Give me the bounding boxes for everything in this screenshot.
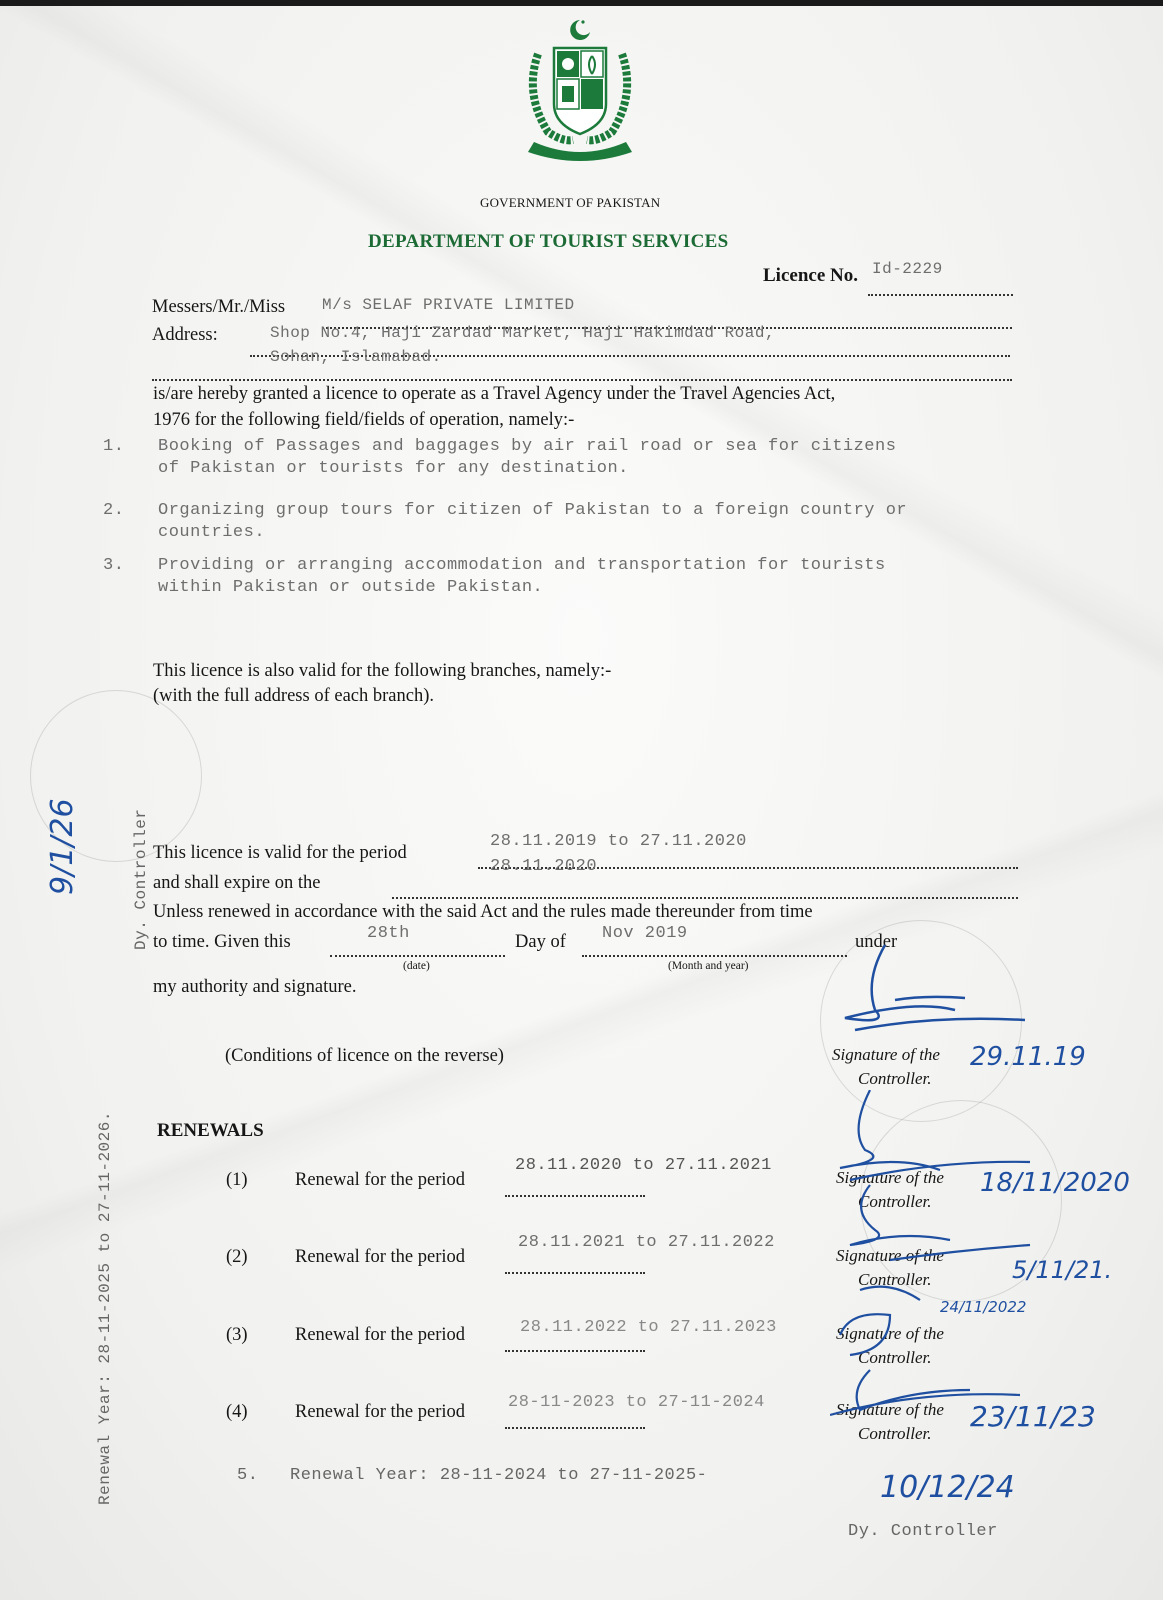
given-day: 28th [367, 924, 410, 943]
renewal-dots [505, 1339, 645, 1357]
month-year-caption: (Month and year) [668, 960, 748, 972]
validity-label: This licence is valid for the period [153, 843, 407, 864]
renewal-period: 28-11-2023 to 27-11-2024 [508, 1393, 765, 1412]
department-title: DEPARTMENT OF TOURIST SERVICES [368, 231, 729, 253]
scan-edge [0, 0, 1163, 6]
controller-sig-label-2: Controller. [858, 1069, 932, 1089]
field-text: within Pakistan or outside Pakistan. [158, 578, 543, 597]
branches-text-line-2: (with the full address of each branch). [153, 686, 434, 707]
grant-text-line-1: is/are hereby granted a licence to opera… [153, 384, 835, 405]
licence-number-value: Id-2229 [872, 260, 943, 278]
renewal-dots [505, 1416, 645, 1434]
renewal-signatures-icon [830, 1090, 1050, 1470]
renewal-number: (2) [226, 1247, 248, 1268]
conditions-note: (Conditions of licence on the reverse) [225, 1046, 504, 1067]
field-text: Providing or arranging accommodation and… [158, 556, 886, 575]
field-text: Booking of Passages and baggages by air … [158, 437, 896, 456]
validity-period: 28.11.2019 to 27.11.2020 [490, 832, 747, 851]
grant-text-line-2: 1976 for the following field/fields of o… [153, 410, 574, 431]
address-line-1: Shop No.4, Haji Zardad Market, Haji Haki… [270, 324, 775, 342]
renewal-5-signatory: Dy. Controller [848, 1522, 998, 1541]
field-number: 1. [103, 437, 124, 456]
renewals-title: RENEWALS [157, 1120, 264, 1142]
controller-handwritten-date: 29.11.19 [970, 1042, 1086, 1072]
renewal-period: 28.11.2020 to 27.11.2021 [515, 1156, 772, 1175]
margin-signatory: Dy. Controller [132, 809, 150, 950]
licence-number-dots [868, 283, 1013, 301]
expire-date: 28.11.2020 [490, 857, 597, 876]
field-number: 3. [103, 556, 124, 575]
renewal-dots [505, 1184, 645, 1202]
given-month-year: Nov 2019 [602, 924, 688, 943]
renew-clause: Unless renewed in accordance with the sa… [153, 902, 813, 923]
name-label: Messers/Mr./Miss [152, 297, 285, 318]
field-text: of Pakistan or tourists for any destinat… [158, 459, 629, 478]
renewal-5-handwritten-date: 10/12/24 [880, 1470, 1015, 1505]
field-text: Organizing group tours for citizen of Pa… [158, 501, 907, 520]
renewal-label: Renewal for the period [295, 1170, 465, 1191]
government-heading: GOVERNMENT OF PAKISTAN [480, 195, 660, 211]
renewal-number: (4) [226, 1402, 248, 1423]
given-prefix: to time. Given this [153, 932, 291, 953]
renewal-dots [505, 1261, 645, 1279]
day-of-label: Day of [515, 932, 566, 953]
renewal-5-number: 5. [237, 1466, 258, 1485]
address-line-2: Sohan, Islamabad. [270, 348, 442, 366]
branches-text-line-1: This licence is also valid for the follo… [153, 661, 611, 682]
renewal-number: (1) [226, 1170, 248, 1191]
renewal-period: 28.11.2021 to 27.11.2022 [518, 1233, 775, 1252]
address-label: Address: [152, 325, 218, 346]
controller-sig-label-1: Signature of the [832, 1045, 940, 1065]
renewal-period: 28.11.2022 to 27.11.2023 [520, 1318, 777, 1337]
renewal-label: Renewal for the period [295, 1325, 465, 1346]
field-text: countries. [158, 523, 265, 542]
licensee-name: M/s SELAF PRIVATE LIMITED [322, 296, 575, 314]
licence-number-label: Licence No. [763, 265, 858, 287]
controller-signature-icon [835, 940, 1035, 1050]
field-number: 2. [103, 501, 124, 520]
state-emblem-icon [518, 14, 642, 164]
margin-handwritten-date: 9/1/26 [45, 798, 80, 895]
margin-renewal-text: Renewal Year: 28-11-2025 to 27-11-2026. [96, 1111, 114, 1505]
expire-label: and shall expire on the [153, 873, 320, 894]
date-caption: (date) [403, 960, 430, 972]
renewal-label: Renewal for the period [295, 1247, 465, 1268]
renewal-5-text: Renewal Year: 28-11-2024 to 27-11-2025- [290, 1466, 707, 1485]
renewal-label: Renewal for the period [295, 1402, 465, 1423]
authority-text: my authority and signature. [153, 977, 356, 998]
renewal-number: (3) [226, 1325, 248, 1346]
